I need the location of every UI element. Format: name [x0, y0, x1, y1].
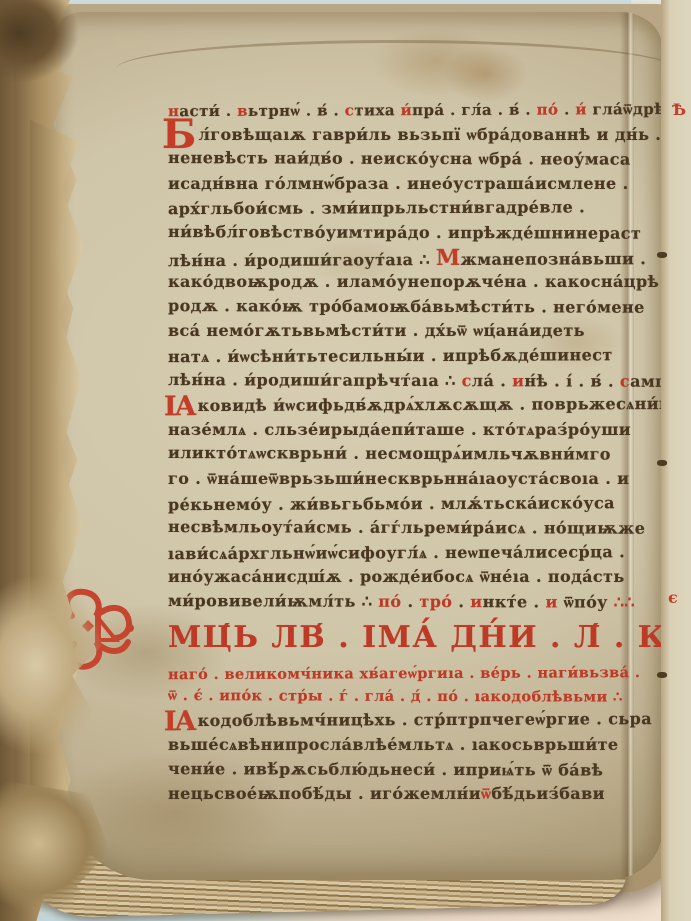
text-segment: л́говѣщаıѫ гаври́ль вьзьпї ѡбра́дованнѣ …: [199, 125, 662, 144]
text-segment: ино́ужаса́нисдш́ѫ . рожде́ибосѧ ѿне́ıа .…: [168, 567, 625, 586]
text-segment: родѫ . како́ѭ тро́бамоѭба́вьмѣсти́ть . н…: [168, 296, 645, 317]
text-segment: исадн́вна го́лмнѡ́браза . инео́устраша́и…: [168, 174, 629, 193]
text-segment: бѣ́дьиз́бави: [491, 784, 605, 803]
text-segment: ьтрнѡ́ . в́ .: [248, 101, 345, 119]
manuscript-line: неневѣсть наи́дв́о . неиско́усна ѡбра́ .…: [168, 146, 662, 172]
text-segment: .: [452, 592, 470, 611]
text-segment: ∴∴: [614, 592, 635, 611]
text-segment: ѿпо́у: [558, 592, 614, 611]
manuscript-line: наго́ . великомч́ника хв́агеѡ́ргиıа . ве…: [168, 661, 662, 686]
text-segment: лѣн́на . и́родиши́гаоут́аıа ∴: [168, 250, 436, 270]
text-segment: н́ѣ . і́ . в́ .: [524, 371, 620, 390]
text-segment: лѣн́на . и́родиши́гапрѣчт́аıа ∴: [168, 370, 462, 390]
manuscript-line: како́двоѭродѫ . иламо́унепорѫче́на . как…: [168, 270, 662, 295]
text-segment: по́: [378, 592, 401, 611]
manuscript-line: исадн́вна го́лмнѡ́браза . инео́устраша́и…: [168, 172, 662, 197]
text-segment: амгл́а: [630, 371, 662, 390]
text-segment: натѧ . и́ѡсѣни́тьтесильны́и . ипрѣбѫде́ш…: [168, 345, 613, 366]
text-segment: гла́ѿдрѣва: [587, 100, 662, 118]
text-segment: го . ѿна́шеѿврьзьши́нескврьнна́ıаоуста́с…: [168, 469, 629, 488]
manuscript-line: несвѣмльоут́аи́смь . а́гѓльреми́ра́исѧ .…: [168, 515, 662, 541]
manuscript-line: ІАкодоблѣвьмч́ницѣхь . стр́птрпчегеѡ́рги…: [168, 707, 662, 734]
manuscript-line: ѿ . є́ . ипо́к . стр́ы . ѓ . гла́ . д́ .…: [168, 685, 662, 710]
text-segment: ми́ровивели́ѭмл́ть ∴: [168, 591, 378, 611]
manuscript-line: вьше́сѧвѣнипросла́влѣе́мльтѧ . ıакосьврь…: [168, 733, 662, 758]
manuscript-line: иликто́тѧѡскврьни́ . несмощрѧ́имльчѫвни́…: [168, 441, 662, 467]
text-segment: неневѣсть наи́дв́о . неиско́усна ѡбра́ .…: [168, 148, 631, 169]
text-segment: и: [512, 371, 524, 390]
text-segment: .: [558, 100, 575, 118]
manuscript-line: ни́вѣбл́говѣство́уимтира́до . ипрѣжде́шн…: [168, 220, 662, 246]
manuscript-line: родѫ . како́ѭ тро́бамоѭба́вьмѣсти́ть . н…: [168, 294, 662, 320]
manuscript-page: насти́ . вьтрнѡ́ . в́ . стиха и́пра́ . г…: [56, 12, 662, 880]
red-margin-mark: є: [668, 588, 678, 607]
stitch-repair: [657, 252, 667, 258]
text-segment: асти́ .: [179, 102, 237, 120]
text-segment: ковидѣ и́ѡсифьдв́ѫдрѧ́хлѫсѫщѫ . поврьжес…: [198, 394, 662, 415]
text-segment: и: [470, 592, 482, 611]
manuscript-line: насти́ . вьтрнѡ́ . в́ . стиха и́пра́ . г…: [168, 97, 662, 124]
text-segment: тиха: [354, 101, 400, 119]
text-segment: по́: [537, 100, 559, 118]
text-segment: ре́кьнемо́у . жи́вьгьбьмо́и . млѫ́тьска́…: [168, 493, 615, 514]
manuscript-line: лѣн́на . и́родиши́гапрѣчт́аıа ∴ сла́ . и…: [168, 368, 662, 394]
manuscript-line: чени́е . ивѣ́рѫсьблю́дьнеси́ . иприѩ́ть …: [168, 757, 662, 783]
text-segment: тро́: [419, 592, 452, 611]
text-segment: МЦ́Ь ЛВ́ . ІМА́ ДН́И . Л́ . КЃ . СТЃОІСВ…: [168, 620, 662, 655]
text-segment: ни́вѣбл́говѣство́уимтира́до . ипрѣжде́шн…: [168, 222, 641, 243]
manuscript-line: нецьсвое́ѭпобѣ́ды . иго́жемлн́иѿбѣ́дьиз́…: [168, 782, 662, 807]
text-segment: нкт́е .: [483, 592, 546, 611]
manuscript-line: ıави́сѧа́рхгльнѡ́иѡ́сифоугл́ѧ . неѡпеча́…: [168, 540, 662, 567]
text-segment: кодоблѣвьмч́ницѣхь . стр́птрпчегеѡ́ргие …: [198, 710, 652, 731]
tatter-shadow: [0, 0, 95, 110]
text-segment: жманепозна́вьши .: [461, 249, 647, 269]
red-margin-mark: Ѣ: [672, 100, 686, 119]
manuscript-line: го . ѿна́шеѿврьзьши́нескврьнна́ıаоуста́с…: [168, 467, 662, 492]
text-segment: ІА: [164, 391, 195, 422]
manuscript-line: ре́кьнемо́у . жи́вьгьбьмо́и . млѫ́тьска́…: [168, 490, 662, 517]
text-segment: вса́ немо́гѫтьвьмѣсти́ти . дх́ьѿ ѡц́ана́…: [168, 321, 585, 340]
text-segment: вьше́сѧвѣнипросла́влѣе́мльтѧ . ıакосьврь…: [168, 735, 619, 754]
text-segment: ла́ .: [472, 371, 512, 390]
manuscript-line: натѧ . и́ѡсѣни́тьтесильны́и . ипрѣбѫде́ш…: [168, 343, 662, 370]
stitch-repair: [657, 672, 667, 678]
text-segment: .: [401, 592, 419, 611]
stitch-repair: [657, 460, 667, 466]
tattered-fore-edge: [0, 0, 92, 921]
manuscript-line: лѣн́на . и́родиши́гаоут́аıа ∴ Мжманепозн…: [168, 244, 662, 271]
text-segment: ІА: [164, 707, 195, 738]
text-segment: с: [462, 371, 472, 390]
text-segment: назе́млѧ . сльзе́ирыда́епи́таше . кто́тѧ…: [168, 420, 631, 439]
text-segment: наго́ . великомч́ника хв́агеѡ́ргиıа . ве…: [168, 665, 640, 684]
text-segment: несвѣмльоут́аи́смь . а́гѓльреми́ра́исѧ .…: [168, 517, 645, 538]
text-segment: ѿ: [481, 784, 491, 803]
manuscript-line: ино́ужаса́нисдш́ѫ . рожде́ибосѧ ѿне́ıа .…: [168, 565, 662, 590]
text-segment: ѿ . є́ . ипо́к . стр́ы . ѓ . гла́ . д́ .…: [168, 688, 623, 707]
text-segment: пра́ . гл́а . в́ .: [412, 101, 537, 120]
text-segment: в: [237, 102, 248, 120]
text-segment: ıави́сѧа́рхгльнѡ́иѡ́сифоугл́ѧ . неѡпеча́…: [168, 542, 625, 563]
text-segment: М: [436, 244, 461, 270]
manuscript-line: вса́ немо́гѫтьвьмѣсти́ти . дх́ьѿ ѡц́ана́…: [168, 319, 662, 344]
text-segment: чени́е . ивѣ́рѫсьблю́дьнеси́ . иприѩ́ть …: [168, 759, 603, 780]
text-segment: и: [545, 592, 557, 611]
text-segment: с: [620, 371, 630, 390]
manuscript-line: МЦ́Ь ЛВ́ . ІМА́ ДН́И . Л́ . КЃ . СТЃОІСВ…: [168, 614, 662, 662]
text-segment: иликто́тѧѡскврьни́ . несмощрѧ́имльчѫвни́…: [168, 443, 611, 464]
text-segment: како́двоѭродѫ . иламо́унепорѫче́на . как…: [168, 272, 659, 291]
text-segment: и́: [575, 100, 587, 118]
manuscript-line: ми́ровивели́ѭмл́ть ∴ по́ . тро́ . инкт́е…: [168, 589, 662, 615]
manuscript-text-block: насти́ . вьтрнѡ́ . в́ . стиха и́пра́ . г…: [168, 98, 662, 807]
manuscript-line: арх́гльбои́смь . зми́ипрьльстни́вгадре́в…: [168, 195, 662, 222]
text-segment: арх́гльбои́смь . зми́ипрьльстни́вгадре́в…: [168, 198, 585, 219]
manuscript-line: ІАковидѣ и́ѡсифьдв́ѫдрѧ́хлѫсѫщѫ . поврьж…: [168, 392, 662, 419]
text-segment: нецьсвое́ѭпобѣ́ды . иго́жемлн́и: [168, 784, 481, 803]
manuscript-photo: { "meta": { "description": "Photograph o…: [0, 0, 691, 921]
manuscript-line: Бл́говѣщаıѫ гаври́ль вьзьпї ѡбра́дованнѣ…: [168, 123, 662, 148]
text-segment: и́: [401, 101, 413, 119]
page-top-curve: [116, 40, 662, 69]
text-segment: н: [168, 102, 179, 120]
text-segment: с: [345, 101, 355, 119]
manuscript-line: назе́млѧ . сльзе́ирыда́епи́таше . кто́тѧ…: [168, 418, 662, 443]
